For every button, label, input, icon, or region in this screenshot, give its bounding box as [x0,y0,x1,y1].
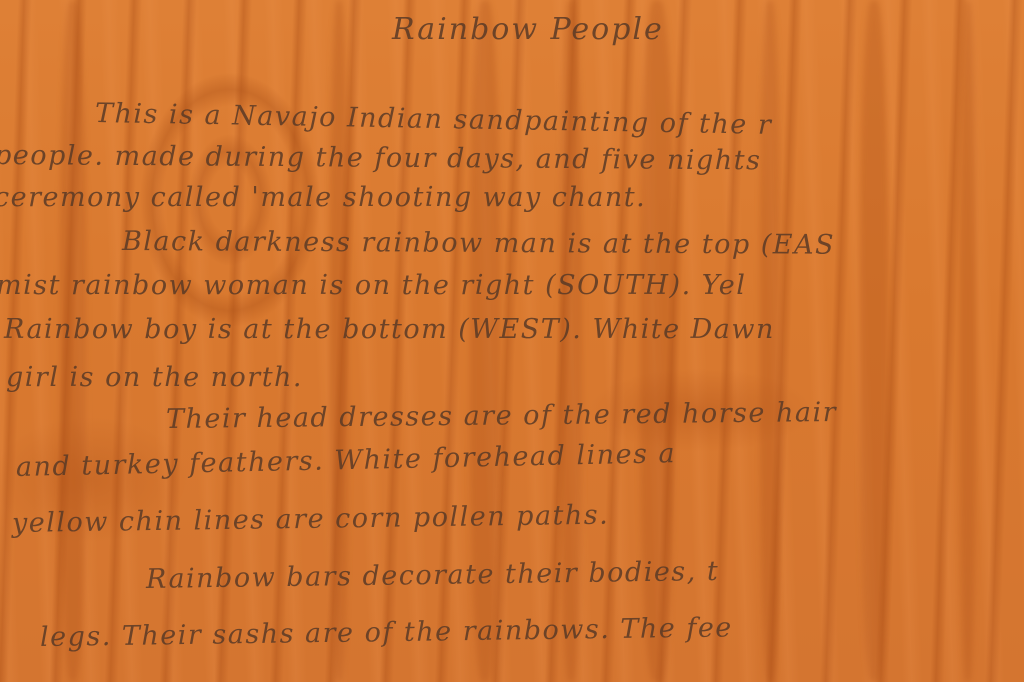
handwritten-title: Rainbow People [392,12,664,47]
wood-grain [860,0,888,682]
handwritten-line: people. made during the four days, and f… [0,140,761,176]
handwritten-line: ceremony called 'male shooting way chant… [0,182,646,213]
wood-grain [960,0,976,682]
handwritten-line: mist rainbow woman is on the right (SOUT… [0,270,746,301]
handwritten-line: Rainbow boy is at the bottom (WEST). Whi… [4,314,775,345]
handwritten-line: Black darkness rainbow man is at the top… [122,226,835,261]
handwritten-line: girl is on the north. [6,362,303,393]
